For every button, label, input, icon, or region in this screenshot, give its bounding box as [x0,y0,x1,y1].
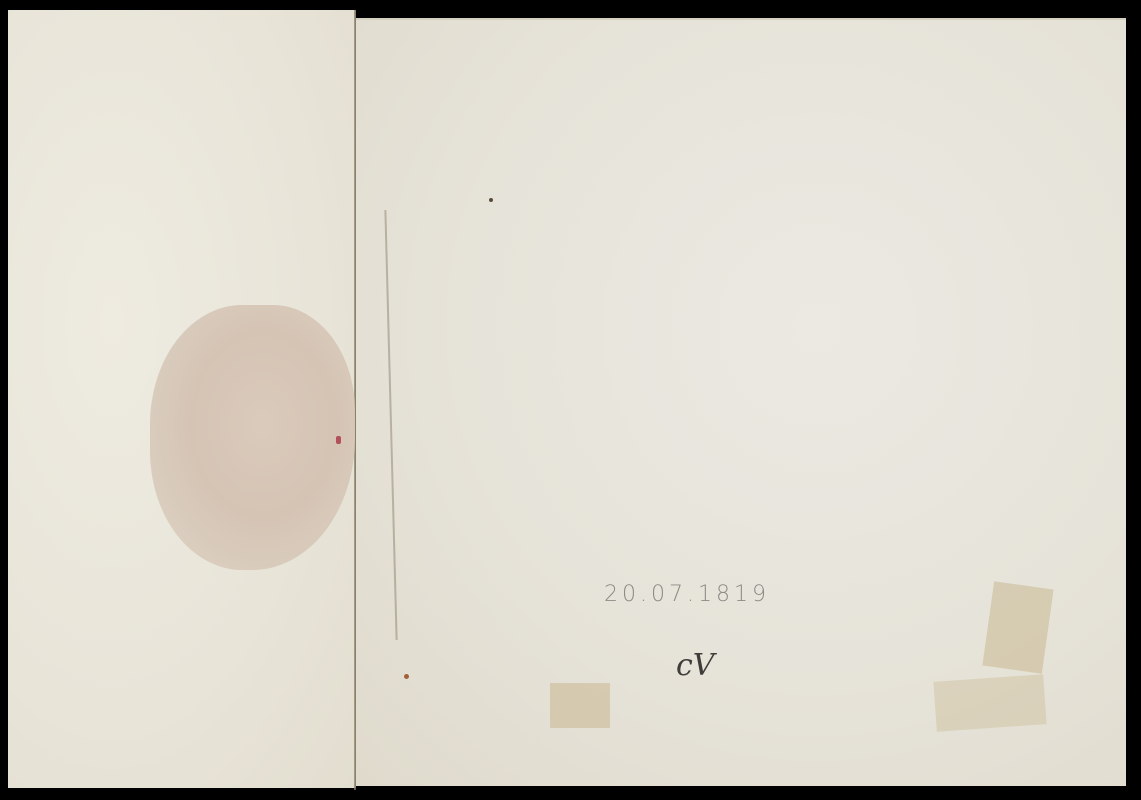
pencil-mark-notation: cV [676,648,714,683]
stamp-hinge [550,683,610,728]
letter-back-panel [356,18,1126,786]
wax-seal-remnant [150,305,355,570]
stamp-hinge [982,581,1053,674]
stamp-hinge [933,674,1046,732]
red-wax-fleck [336,436,341,444]
paper-spot [404,674,409,679]
pencil-date-notation: 20.07.1819 [604,582,770,607]
paper-spot [489,198,493,202]
